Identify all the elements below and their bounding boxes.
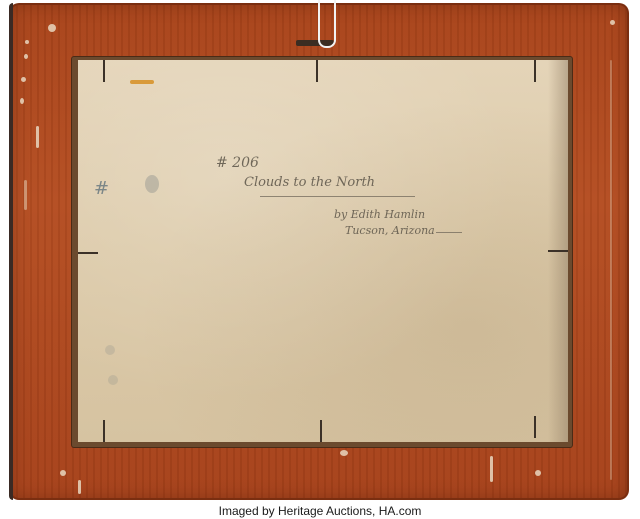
glazing-point [316,60,318,82]
frame-scuff [36,126,39,148]
photograph: # 206 Clouds to the North by Edith Hamli… [0,0,640,502]
backing-board [78,60,568,442]
frame-scuff [610,20,615,25]
glazing-point [534,60,536,82]
frame-scuff [490,456,493,482]
frame-scuff [340,450,348,456]
frame-scuff [20,98,24,104]
frame-scuff [25,40,29,44]
smudge [108,375,118,385]
glazing-point [103,420,105,442]
smudge [105,345,115,355]
glazing-point [78,252,98,254]
glazing-point [548,250,568,252]
glazing-point [534,416,536,438]
inscription-number: # 206 [216,155,259,171]
frame-edge-shadow [9,3,13,500]
tape-fragment [130,80,154,84]
glazing-point [103,60,105,82]
image-credit: Imaged by Heritage Auctions, HA.com [0,503,640,519]
title-underline [260,196,415,197]
frame-scuff [60,470,66,476]
frame-scuff [21,77,26,82]
frame-scuff [24,180,27,210]
inscription-side-mark: # [94,178,109,199]
hanging-wire [318,0,336,48]
smudge [145,175,159,193]
frame-scuff [610,60,612,480]
frame-scuff [535,470,541,476]
inscription-artist: by Edith Hamlin [334,208,425,221]
location-dash [436,232,462,233]
inscription-title: Clouds to the North [244,175,375,190]
frame-scuff [24,54,28,59]
frame-scuff [78,480,81,494]
glazing-point [320,420,322,442]
frame-scuff [48,24,56,32]
inscription-location: Tucson, Arizona [345,224,435,237]
